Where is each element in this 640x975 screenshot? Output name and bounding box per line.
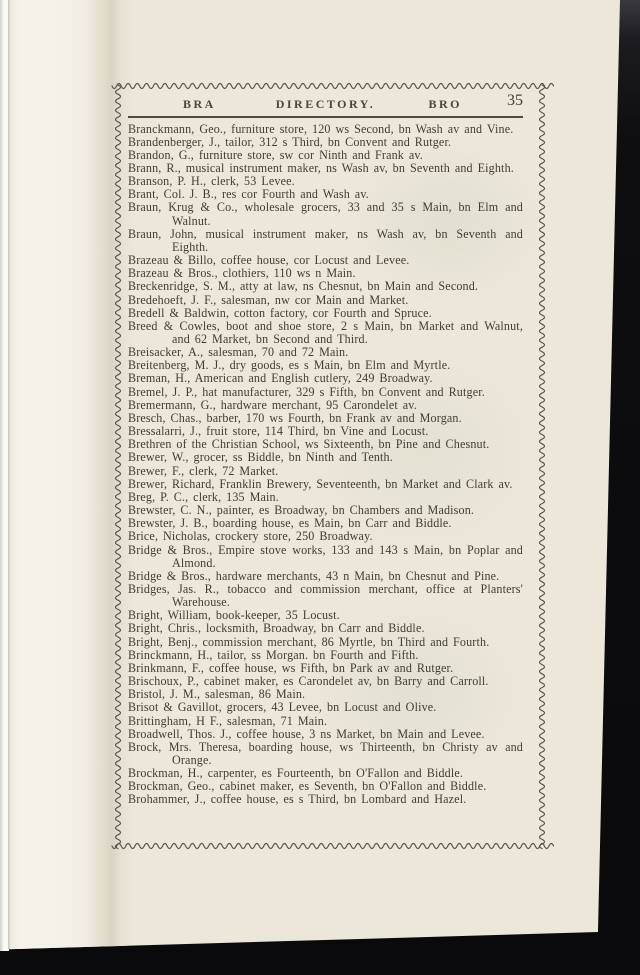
page-header: BRA DIRECTORY. BRO 35 bbox=[128, 96, 523, 112]
header-title: DIRECTORY. bbox=[276, 96, 376, 112]
directory-entry: Bredehoeft, J. F., salesman, nw cor Main… bbox=[128, 294, 523, 307]
directory-entry: Brewer, W., grocer, ss Biddle, bn Ninth … bbox=[128, 451, 523, 464]
directory-entry: Brohammer, J., coffee house, es s Third,… bbox=[128, 793, 523, 806]
page-number: 35 bbox=[507, 93, 523, 109]
wavy-border-left bbox=[112, 85, 124, 847]
directory-entry: Broadwell, Thos. J., coffee house, 3 ns … bbox=[128, 728, 523, 741]
directory-entry: Brisot & Gavillot, grocers, 43 Levee, bn… bbox=[128, 701, 523, 714]
directory-entry: Brittingham, H F., salesman, 71 Main. bbox=[128, 715, 523, 728]
scanned-book-photo: BRA DIRECTORY. BRO 35 Branckmann, Geo., … bbox=[0, 0, 640, 975]
header-right-range: BRO bbox=[428, 96, 462, 112]
directory-entry: Branckmann, Geo., furniture store, 120 w… bbox=[128, 123, 523, 136]
directory-entry: Brock, Mrs. Theresa, boarding house, ws … bbox=[128, 741, 523, 767]
directory-entry: Bremermann, G., hardware merchant, 95 Ca… bbox=[128, 399, 523, 412]
directory-entries: Branckmann, Geo., furniture store, 120 w… bbox=[128, 123, 523, 851]
directory-entry: Bredell & Baldwin, cotton factory, cor F… bbox=[128, 307, 523, 320]
directory-entry: Brandenberger, J., tailor, 312 s Third, … bbox=[128, 136, 523, 149]
scanner-edge-strip bbox=[0, 0, 9, 951]
directory-entry: Brandon, G., furniture store, sw cor Nin… bbox=[128, 149, 523, 162]
header-left-range: BRA bbox=[183, 96, 216, 112]
directory-entry: Breckenridge, S. M., atty at law, ns Che… bbox=[128, 280, 523, 293]
wavy-border-right bbox=[536, 85, 548, 847]
directory-entry: Bremel, J. P., hat manufacturer, 329 s F… bbox=[128, 386, 523, 399]
directory-entry: Braun, John, musical instrument maker, n… bbox=[128, 228, 523, 254]
book-page: BRA DIRECTORY. BRO 35 Branckmann, Geo., … bbox=[8, 0, 620, 953]
directory-entry: Brinckmann, H., tailor, ss Morgan. bn Fo… bbox=[128, 649, 523, 662]
directory-entry: Bridges, Jas. R., tobacco and commission… bbox=[128, 583, 523, 609]
directory-entry: Bright, Benj., commission merchant, 86 M… bbox=[128, 636, 523, 649]
page-content: BRA DIRECTORY. BRO 35 Branckmann, Geo., … bbox=[128, 96, 523, 851]
directory-entry: Breman, H., American and English cutlery… bbox=[128, 372, 523, 385]
directory-frame: BRA DIRECTORY. BRO 35 Branckmann, Geo., … bbox=[112, 80, 548, 852]
directory-entry: Breed & Cowles, boot and shoe store, 2 s… bbox=[128, 320, 523, 346]
directory-entry: Brewer, F., clerk, 72 Market. bbox=[128, 465, 523, 478]
directory-entry: Brewer, Richard, Franklin Brewery, Seven… bbox=[128, 478, 523, 491]
directory-entry: Brice, Nicholas, crockery store, 250 Bro… bbox=[128, 530, 523, 543]
header-rule bbox=[128, 116, 523, 118]
directory-entry: Braun, Krug & Co., wholesale grocers, 33… bbox=[128, 201, 523, 227]
directory-entry: Bright, Chris., locksmith, Broadway, bn … bbox=[128, 622, 523, 635]
directory-entry: Bridge & Bros., Empire stove works, 133 … bbox=[128, 544, 523, 570]
wavy-border-top bbox=[112, 80, 548, 92]
directory-entry: Bridge & Bros., hardware merchants, 43 n… bbox=[128, 570, 523, 583]
